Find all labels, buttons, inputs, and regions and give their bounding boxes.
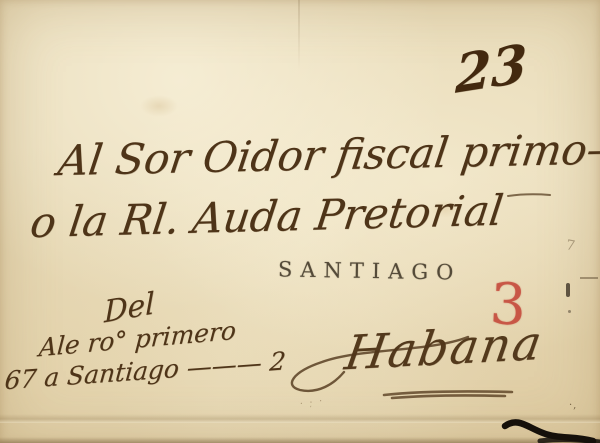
cover-photo: 23 Al Sor Oidor fiscal primo— o la Rl. A… — [0, 0, 600, 443]
paper-crease-vertical — [298, 0, 300, 70]
edge-dots-mark: ·, — [569, 400, 577, 411]
paper-bottom-edge-shadow — [0, 437, 600, 443]
edge-dot-mark — [568, 310, 571, 313]
destination-habana: Habana — [341, 316, 547, 382]
santiago-postmark: SANTIAGO — [278, 257, 462, 284]
edge-dash-mark — [580, 277, 598, 279]
paper-fold-crease — [0, 414, 600, 423]
manuscript-rate-mark: 23 — [455, 33, 528, 106]
edge-tick-mark — [566, 283, 570, 297]
